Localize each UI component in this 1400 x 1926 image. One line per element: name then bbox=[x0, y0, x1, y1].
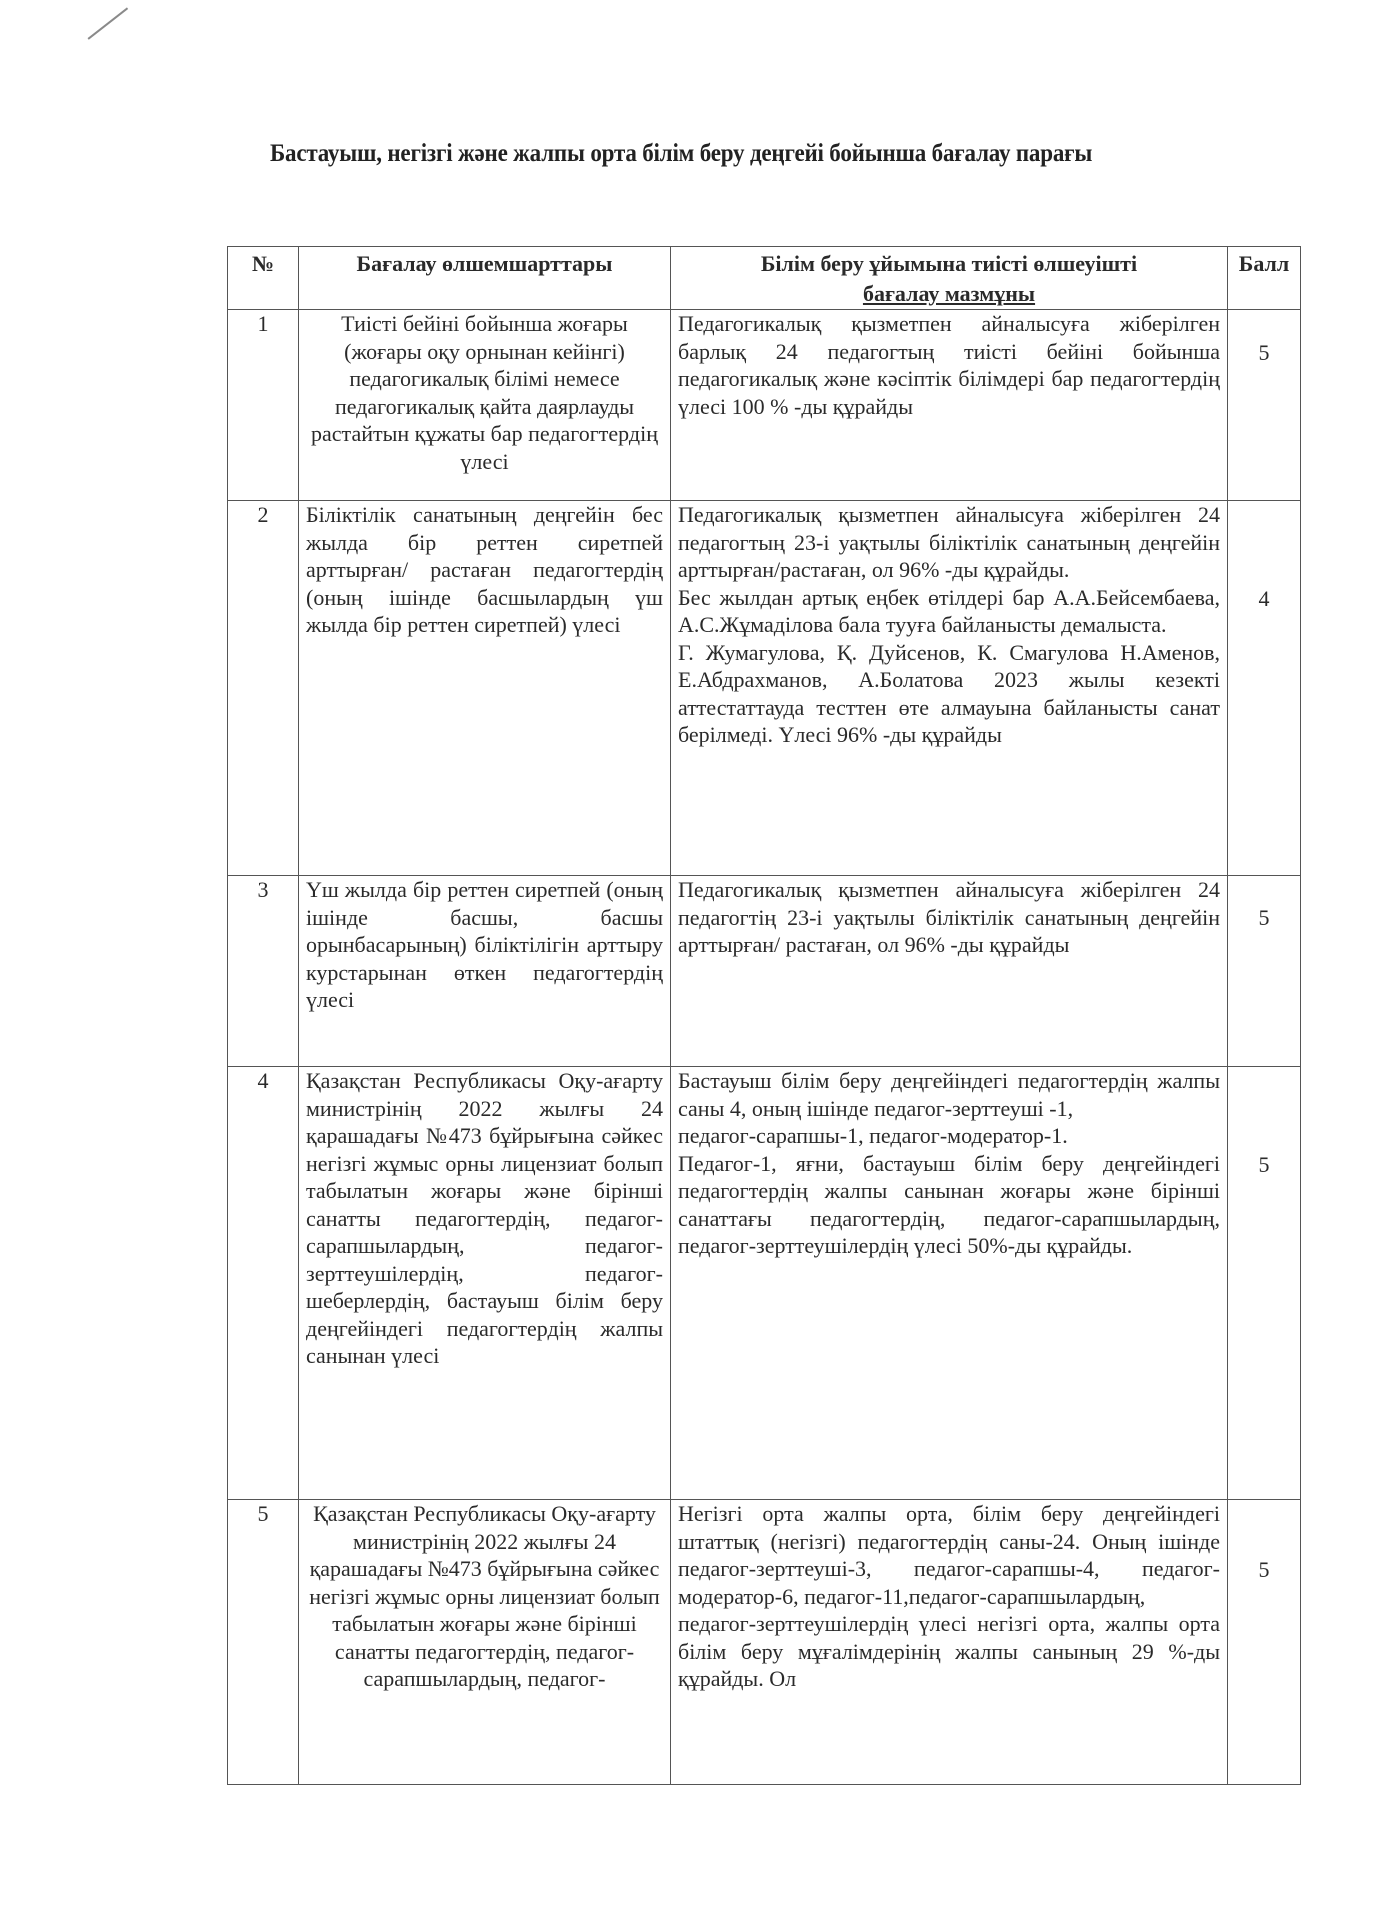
row-number: 1 bbox=[228, 310, 299, 501]
content-paragraph: Г. Жумагулова, Қ. Дуйсенов, К. Смагулова… bbox=[678, 639, 1220, 749]
content-paragraph: Педагогикалық қызметпен айналысуға жібер… bbox=[678, 876, 1220, 959]
score-value: 5 bbox=[1235, 310, 1293, 367]
row-criteria: Біліктілік санатының деңгейін бес жылда … bbox=[299, 501, 671, 876]
row-content: Педагогикалық қызметпен айналысуға жібер… bbox=[671, 876, 1228, 1067]
row-criteria: Тиісті бейіні бойынша жоғары (жоғары оқу… bbox=[299, 310, 671, 501]
content-paragraph: Педагог-1, яғни, бастауыш білім беру дең… bbox=[678, 1150, 1220, 1260]
table-row: 2 Біліктілік санатының деңгейін бес жылд… bbox=[228, 501, 1301, 876]
content-paragraph: Бастауыш білім беру деңгейіндегі педагог… bbox=[678, 1067, 1220, 1122]
header-score: Балл bbox=[1228, 247, 1301, 310]
header-criteria: Бағалау өлшемшарттары bbox=[299, 247, 671, 310]
table-row: 3 Үш жылда бір реттен сиретпей (оның іші… bbox=[228, 876, 1301, 1067]
score-value: 5 bbox=[1235, 1067, 1293, 1179]
row-score: 5 bbox=[1228, 1500, 1301, 1785]
row-number: 2 bbox=[228, 501, 299, 876]
content-paragraph: педагог-зерттеушілердің үлесі негізгі ор… bbox=[678, 1610, 1220, 1693]
row-content: Педагогикалық қызметпен айналысуға жібер… bbox=[671, 501, 1228, 876]
score-value: 4 bbox=[1235, 501, 1293, 613]
content-paragraph: Педагогикалық қызметпен айналысуға жібер… bbox=[678, 501, 1220, 584]
table-row: 4 Қазақстан Республикасы Оқу-ағарту мини… bbox=[228, 1067, 1301, 1500]
row-criteria: Үш жылда бір реттен сиретпей (оның ішінд… bbox=[299, 876, 671, 1067]
row-content: Бастауыш білім беру деңгейіндегі педагог… bbox=[671, 1067, 1228, 1500]
assessment-table: № Бағалау өлшемшарттары Білім беру ұйымы… bbox=[227, 246, 1301, 1785]
scan-artifact-line bbox=[88, 7, 128, 39]
header-content-line1: Білім беру ұйымына тиісті өлшеуішті bbox=[678, 249, 1220, 279]
content-paragraph: Негізгі орта жалпы орта, білім беру деңг… bbox=[678, 1500, 1220, 1610]
row-criteria: Қазақстан Республикасы Оқу-ағарту минист… bbox=[299, 1067, 671, 1500]
row-score: 4 bbox=[1228, 501, 1301, 876]
content-paragraph: педагог-сарапшы-1, педагог-модератор-1. bbox=[678, 1122, 1220, 1150]
content-paragraph: Педагогикалық қызметпен айналысуға жібер… bbox=[678, 310, 1220, 420]
document-title: Бастауыш, негізгі және жалпы орта білім … bbox=[270, 140, 1190, 168]
row-number: 3 bbox=[228, 876, 299, 1067]
row-number: 4 bbox=[228, 1067, 299, 1500]
header-number: № bbox=[228, 247, 299, 310]
row-number: 5 bbox=[228, 1500, 299, 1785]
table-row: 1 Тиісті бейіні бойынша жоғары (жоғары о… bbox=[228, 310, 1301, 501]
row-criteria: Қазақстан Республикасы Оқу-ағарту минист… bbox=[299, 1500, 671, 1785]
score-value: 5 bbox=[1235, 1500, 1293, 1584]
table-header-row: № Бағалау өлшемшарттары Білім беру ұйымы… bbox=[228, 247, 1301, 310]
content-paragraph: Бес жылдан артық еңбек өтілдері бар А.А.… bbox=[678, 584, 1220, 639]
row-content: Педагогикалық қызметпен айналысуға жібер… bbox=[671, 310, 1228, 501]
score-value: 5 bbox=[1235, 876, 1293, 932]
table-row: 5 Қазақстан Республикасы Оқу-ағарту мини… bbox=[228, 1500, 1301, 1785]
row-content: Негізгі орта жалпы орта, білім беру деңг… bbox=[671, 1500, 1228, 1785]
row-score: 5 bbox=[1228, 876, 1301, 1067]
row-score: 5 bbox=[1228, 1067, 1301, 1500]
row-score: 5 bbox=[1228, 310, 1301, 501]
header-content: Білім беру ұйымына тиісті өлшеуішті баға… bbox=[671, 247, 1228, 310]
header-content-line2: бағалау мазмұны bbox=[678, 279, 1220, 309]
